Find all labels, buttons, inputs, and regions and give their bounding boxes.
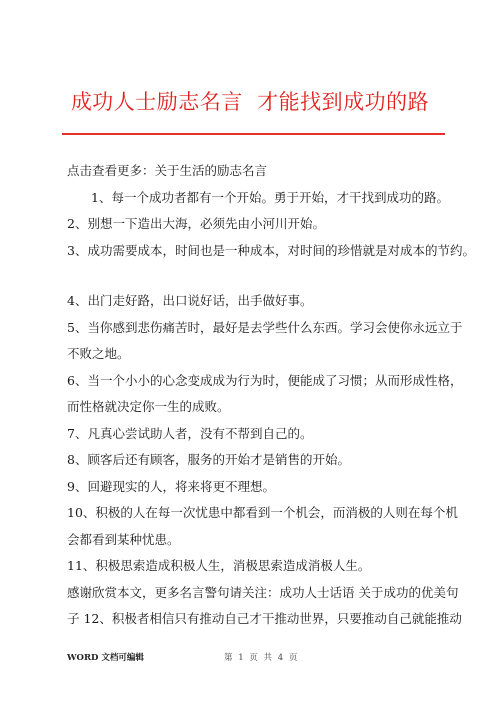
quote-line: 6、当一个小小的心念变成成为行为时，便能成了习惯；从而形成性格， xyxy=(67,368,487,395)
quote-line: 1、每一个成功者都有一个开始。勇于开始，才干找到成功的路。 xyxy=(67,185,487,212)
title-divider xyxy=(62,133,445,135)
quote-line: 而性格就决定你一生的成败。 xyxy=(67,394,487,421)
quote-line: 3、成功需要成本，时间也是一种成本，对时间的珍惜就是对成本的节约。 xyxy=(67,238,487,265)
page-number: 第 1 页 共 4 页 xyxy=(224,651,299,663)
quote-line: 不败之地。 xyxy=(67,341,487,368)
quote-line: 11、积极思索造成积极人生，消极思索造成消极人生。 xyxy=(67,553,487,580)
related-links-line[interactable]: 感谢欣赏本文，更多名言警句请关注：成功人士话语 关于成功的优美句 xyxy=(67,580,487,607)
quote-line: 9、回避现实的人，将来将更不理想。 xyxy=(67,474,487,501)
document-body: 点击查看更多：关于生活的励志名言 1、每一个成功者都有一个开始。勇于开始，才干找… xyxy=(67,158,487,633)
quote-line: 10、积极的人在每一次忧患中都看到一个机会，而消极的人则在每个机 xyxy=(67,500,487,527)
quote-line: 5、当你感到悲伤痛苦时，最好是去学些什么东西。学习会使你永远立于 xyxy=(67,315,487,342)
paragraph-gap xyxy=(67,264,487,288)
quote-line: 7、凡真心尝试助人者，没有不帮到自己的。 xyxy=(67,421,487,448)
quote-line: 子 12、积极者相信只有推动自己才干推动世界，只要推动自己就能推动 xyxy=(67,606,487,633)
document-page: 成功人士励志名言 才能找到成功的路 点击查看更多：关于生活的励志名言 1、每一个… xyxy=(0,0,500,708)
footer-editable-note: WORD 文档可编辑 xyxy=(67,651,144,663)
quote-line: 会都看到某种忧患。 xyxy=(67,527,487,554)
quote-line: 2、别想一下造出大海，必须先由小河川开始。 xyxy=(67,211,487,238)
page-title: 成功人士励志名言 才能找到成功的路 xyxy=(0,86,500,116)
quote-line: 4、出门走好路，出口说好话，出手做好事。 xyxy=(67,288,487,315)
intro-link[interactable]: 点击查看更多：关于生活的励志名言 xyxy=(67,158,487,185)
quote-line: 8、顾客后还有顾客，服务的开始才是销售的开始。 xyxy=(67,447,487,474)
